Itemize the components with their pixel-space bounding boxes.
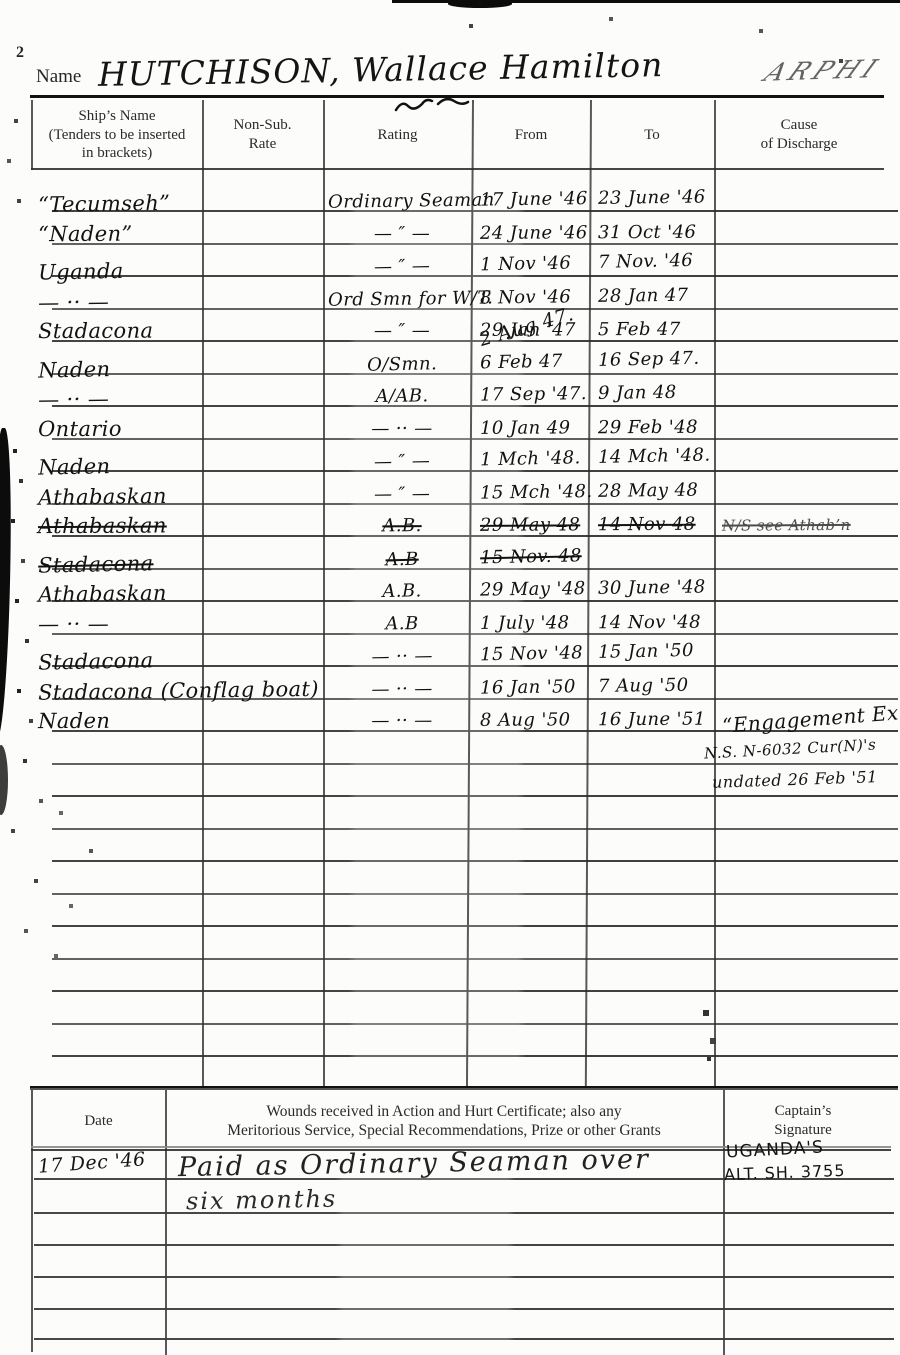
- rating-cell: Ord Smn for W/T.: [328, 287, 476, 310]
- rating-cell: — ″ —: [328, 320, 476, 342]
- header-bottom-rule: [31, 168, 884, 170]
- from-date-cell: 1 Mch '48.: [480, 447, 581, 470]
- bottom-ruled-line: [34, 1212, 894, 1214]
- name-value: HUTCHISON, Wallace Hamilton: [98, 45, 664, 94]
- ship-name-cell: Stadacona: [38, 319, 153, 344]
- to-date-cell: 16 June '51: [598, 709, 706, 731]
- scan-artifact-top-blob: [448, 0, 512, 8]
- bottom-ruled-line: [34, 1244, 894, 1246]
- header-to: To: [590, 102, 714, 168]
- ruled-line: [52, 763, 898, 765]
- to-date-cell: 15 Jan '50: [598, 640, 694, 663]
- naval-service-record-page: 2 Name HUTCHISON, Wallace Hamilton ARPHI…: [0, 0, 900, 1355]
- bottom-header-wounds: Wounds received in Action and Hurt Certi…: [165, 1095, 723, 1147]
- bottom-divider-1: [165, 1090, 167, 1355]
- rating-cell: — ·· —: [328, 710, 476, 732]
- ship-name-cell: Athabaskan: [38, 513, 167, 538]
- captain-signature-line1: UGANDA'S: [726, 1137, 825, 1162]
- rating-cell: — ″ —: [328, 222, 476, 244]
- rating-cell: — ·· —: [328, 644, 476, 668]
- ruled-line: [52, 893, 898, 895]
- ruled-line: [52, 1023, 898, 1025]
- bottom-table-top-rule: [30, 1088, 898, 1090]
- from-date-cell: 15 Nov. 48: [480, 545, 582, 568]
- scan-dust: [0, 0, 2, 2]
- ship-name-cell: Ontario: [38, 416, 122, 440]
- ship-name-cell: — ·· —: [38, 611, 109, 635]
- header-from: From: [472, 102, 590, 168]
- from-date-cell: 8 Nov '46: [480, 286, 571, 308]
- bottom-ruled-line: [34, 1338, 894, 1340]
- rating-cell: — ″ —: [328, 254, 476, 278]
- rating-cell: — ″ —: [328, 482, 476, 505]
- bottom-divider-2: [723, 1090, 725, 1355]
- bottom-entry-date: 17 Dec '46: [37, 1148, 146, 1177]
- from-date-cell: 29 May '48: [480, 578, 586, 600]
- header-rating: Rating: [323, 102, 472, 168]
- page-number: 2: [16, 44, 24, 62]
- ruled-line: [52, 1055, 898, 1057]
- ruled-line: [52, 990, 898, 992]
- rating-cell: Ordinary Seaman: [328, 190, 476, 213]
- ruled-line: [52, 925, 898, 927]
- rating-cell: — ·· —: [328, 417, 476, 439]
- ruled-line: [52, 958, 898, 960]
- header-nonsub-rate: Non-Sub. Rate: [202, 102, 323, 168]
- service-row: Naden— ·· —8 Aug '5016 June '51“Engageme…: [0, 696, 900, 735]
- bottom-entry-text-line2: six months: [186, 1185, 338, 1216]
- rating-cell: A.B.: [328, 515, 476, 537]
- rating-cell: A.B: [328, 612, 476, 634]
- to-date-cell: 7 Nov. '46: [598, 250, 694, 273]
- from-date-cell: 1 Nov '46: [480, 252, 572, 275]
- from-date-cell: 16 Jan '50: [480, 676, 576, 698]
- header-cause-of-discharge: Cause of Discharge: [714, 102, 884, 168]
- to-date-cell: 16 Sep 47.: [598, 347, 700, 370]
- from-date-cell: 6 Feb 47: [480, 350, 563, 373]
- from-date-cell: 17 Sep '47.: [480, 383, 587, 405]
- bottom-ruled-line: [34, 1276, 894, 1278]
- to-date-cell: 30 June '48: [598, 576, 706, 599]
- bottom-header-date: Date: [32, 1095, 165, 1147]
- to-date-cell: 7 Aug '50: [598, 674, 689, 696]
- rating-cell: A/AB.: [328, 385, 476, 408]
- rating-cell: — ·· —: [328, 677, 476, 700]
- ship-name-cell: Naden: [38, 709, 110, 733]
- corner-pencil-mark: ARPHI: [759, 54, 887, 87]
- scan-artifact-left-blob2: [0, 745, 8, 815]
- ruled-line: [52, 795, 898, 797]
- rating-cell: — ″ —: [328, 449, 476, 473]
- from-date-cell: 15 Nov '48: [480, 642, 583, 665]
- bottom-ruled-line: [34, 1308, 894, 1310]
- to-date-cell: 28 Jan 47: [598, 284, 689, 306]
- to-date-cell: 23 June '46: [598, 186, 706, 209]
- to-date-cell: 9 Jan 48: [598, 382, 677, 404]
- from-date-cell: 17 June '46: [480, 188, 588, 211]
- ruled-line: [52, 828, 898, 830]
- from-date-cell: 8 Aug '50: [480, 709, 571, 730]
- ruled-line: [52, 860, 898, 862]
- ink-annotation: N.S. N-6032 Cur(N)'s: [704, 736, 877, 763]
- header-ship-name: Ship’s Name (Tenders to be inserted in b…: [32, 102, 202, 168]
- name-label: Name: [36, 66, 81, 88]
- rating-cell: A.B.: [328, 580, 476, 603]
- ship-name-cell: “Naden”: [38, 221, 133, 245]
- to-date-cell: 14 Mch '48.: [598, 445, 711, 468]
- ink-annotation: undated 26 Feb '51: [712, 767, 878, 792]
- bottom-left-border: [31, 1090, 33, 1352]
- from-date-cell: 15 Mch '48.: [480, 481, 593, 504]
- table-left-border: [31, 100, 33, 170]
- captain-signature-line2: ALT. SH. 3755: [724, 1161, 846, 1184]
- to-date-cell: 28 May 48: [598, 479, 698, 501]
